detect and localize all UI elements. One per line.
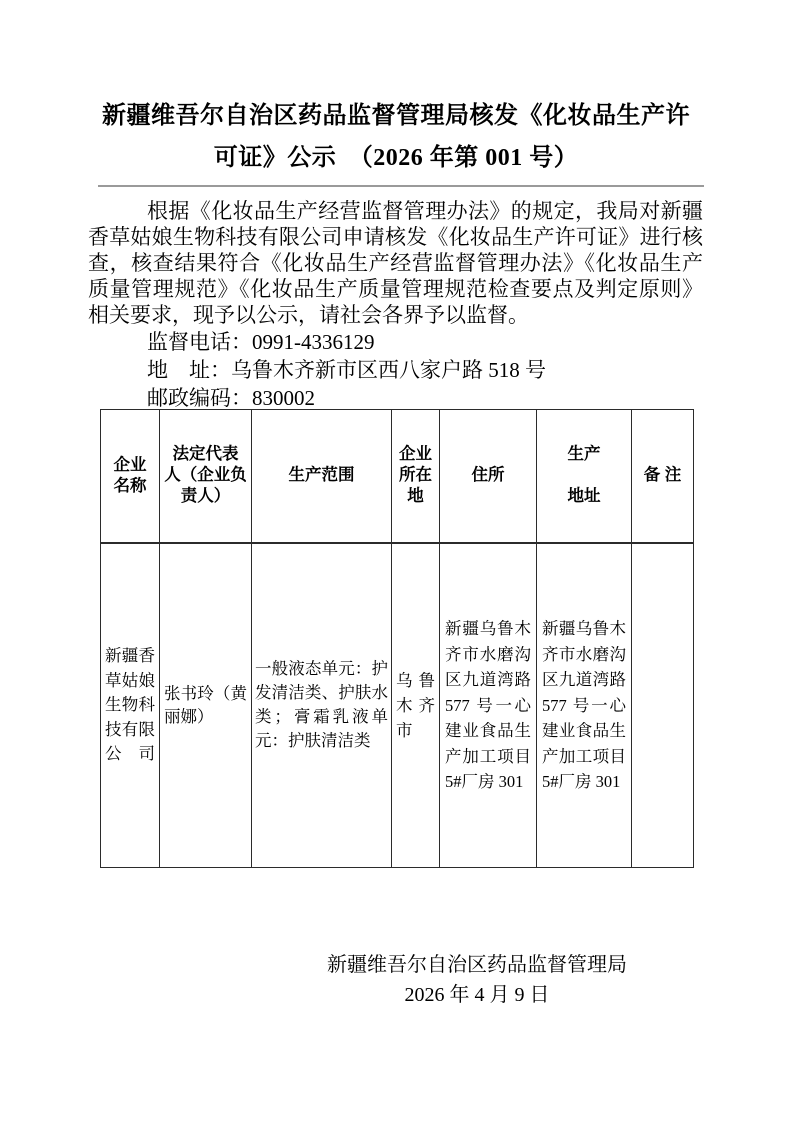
signature-date: 2026 年 4 月 9 日 (317, 980, 637, 1010)
contact-address: 地 址：乌鲁木齐新市区西八家户路 518 号 (147, 356, 546, 384)
announcement-paragraph: 根据《化妆品生产经营监督管理办法》的规定，我局对新疆香草姑娘生物科技有限公司申请… (88, 198, 703, 328)
header-production-scope: 生产范围 (252, 410, 392, 543)
header-residence: 住所 (440, 410, 537, 543)
page-title-line-1: 新疆维吾尔自治区药品监督管理局核发《化妆品生产许 (88, 95, 704, 137)
header-remarks: 备 注 (632, 410, 694, 543)
contact-postcode: 邮政编码：830002 (147, 384, 546, 412)
page-title-line-2: 可证》公示 （2026 年第 001 号） (88, 137, 704, 179)
cell-production-scope: 一般液态单元：护发清洁类、护肤水类；膏霜乳液单元：护肤清洁类 (252, 543, 392, 868)
signature-block: 新疆维吾尔自治区药品监督管理局 2026 年 4 月 9 日 (317, 950, 637, 1010)
cell-remarks (632, 543, 694, 868)
cell-legal-representative: 张书玲（黄丽娜） (160, 543, 252, 868)
table-row: 新疆香草姑娘生物科技有限公司 张书玲（黄丽娜） 一般液态单元：护发清洁类、护肤水… (101, 543, 694, 868)
cell-company-location: 乌鲁木齐市 (392, 543, 440, 868)
signature-organization: 新疆维吾尔自治区药品监督管理局 (317, 950, 637, 980)
cell-company-name: 新疆香草姑娘生物科技有限公司 (101, 543, 160, 868)
header-production-address: 生产 地址 (537, 410, 632, 543)
document-page: 新疆维吾尔自治区药品监督管理局核发《化妆品生产许 可证》公示 （2026 年第 … (0, 0, 793, 1122)
header-legal-representative: 法定代表 人（企业负 责人） (160, 410, 252, 543)
title-divider (98, 185, 704, 187)
contact-info: 监督电话：0991-4336129 地 址：乌鲁木齐新市区西八家户路 518 号… (147, 328, 546, 412)
page-title: 新疆维吾尔自治区药品监督管理局核发《化妆品生产许 可证》公示 （2026 年第 … (88, 95, 704, 179)
header-company-name: 企业 名称 (101, 410, 160, 543)
cell-production-address: 新疆乌鲁木齐市水磨沟区九道湾路 577 号一心建业食品生产加工项目 5#厂房 3… (537, 543, 632, 868)
contact-phone: 监督电话：0991-4336129 (147, 328, 546, 356)
cell-residence: 新疆乌鲁木齐市水磨沟区九道湾路 577 号一心建业食品生产加工项目 5#厂房 3… (440, 543, 537, 868)
header-company-location: 企业 所在 地 (392, 410, 440, 543)
license-table: 企业 名称 法定代表 人（企业负 责人） 生产范围 企业 所在 地 住所 生产 … (100, 409, 694, 868)
table-header-row: 企业 名称 法定代表 人（企业负 责人） 生产范围 企业 所在 地 住所 生产 … (101, 410, 694, 543)
